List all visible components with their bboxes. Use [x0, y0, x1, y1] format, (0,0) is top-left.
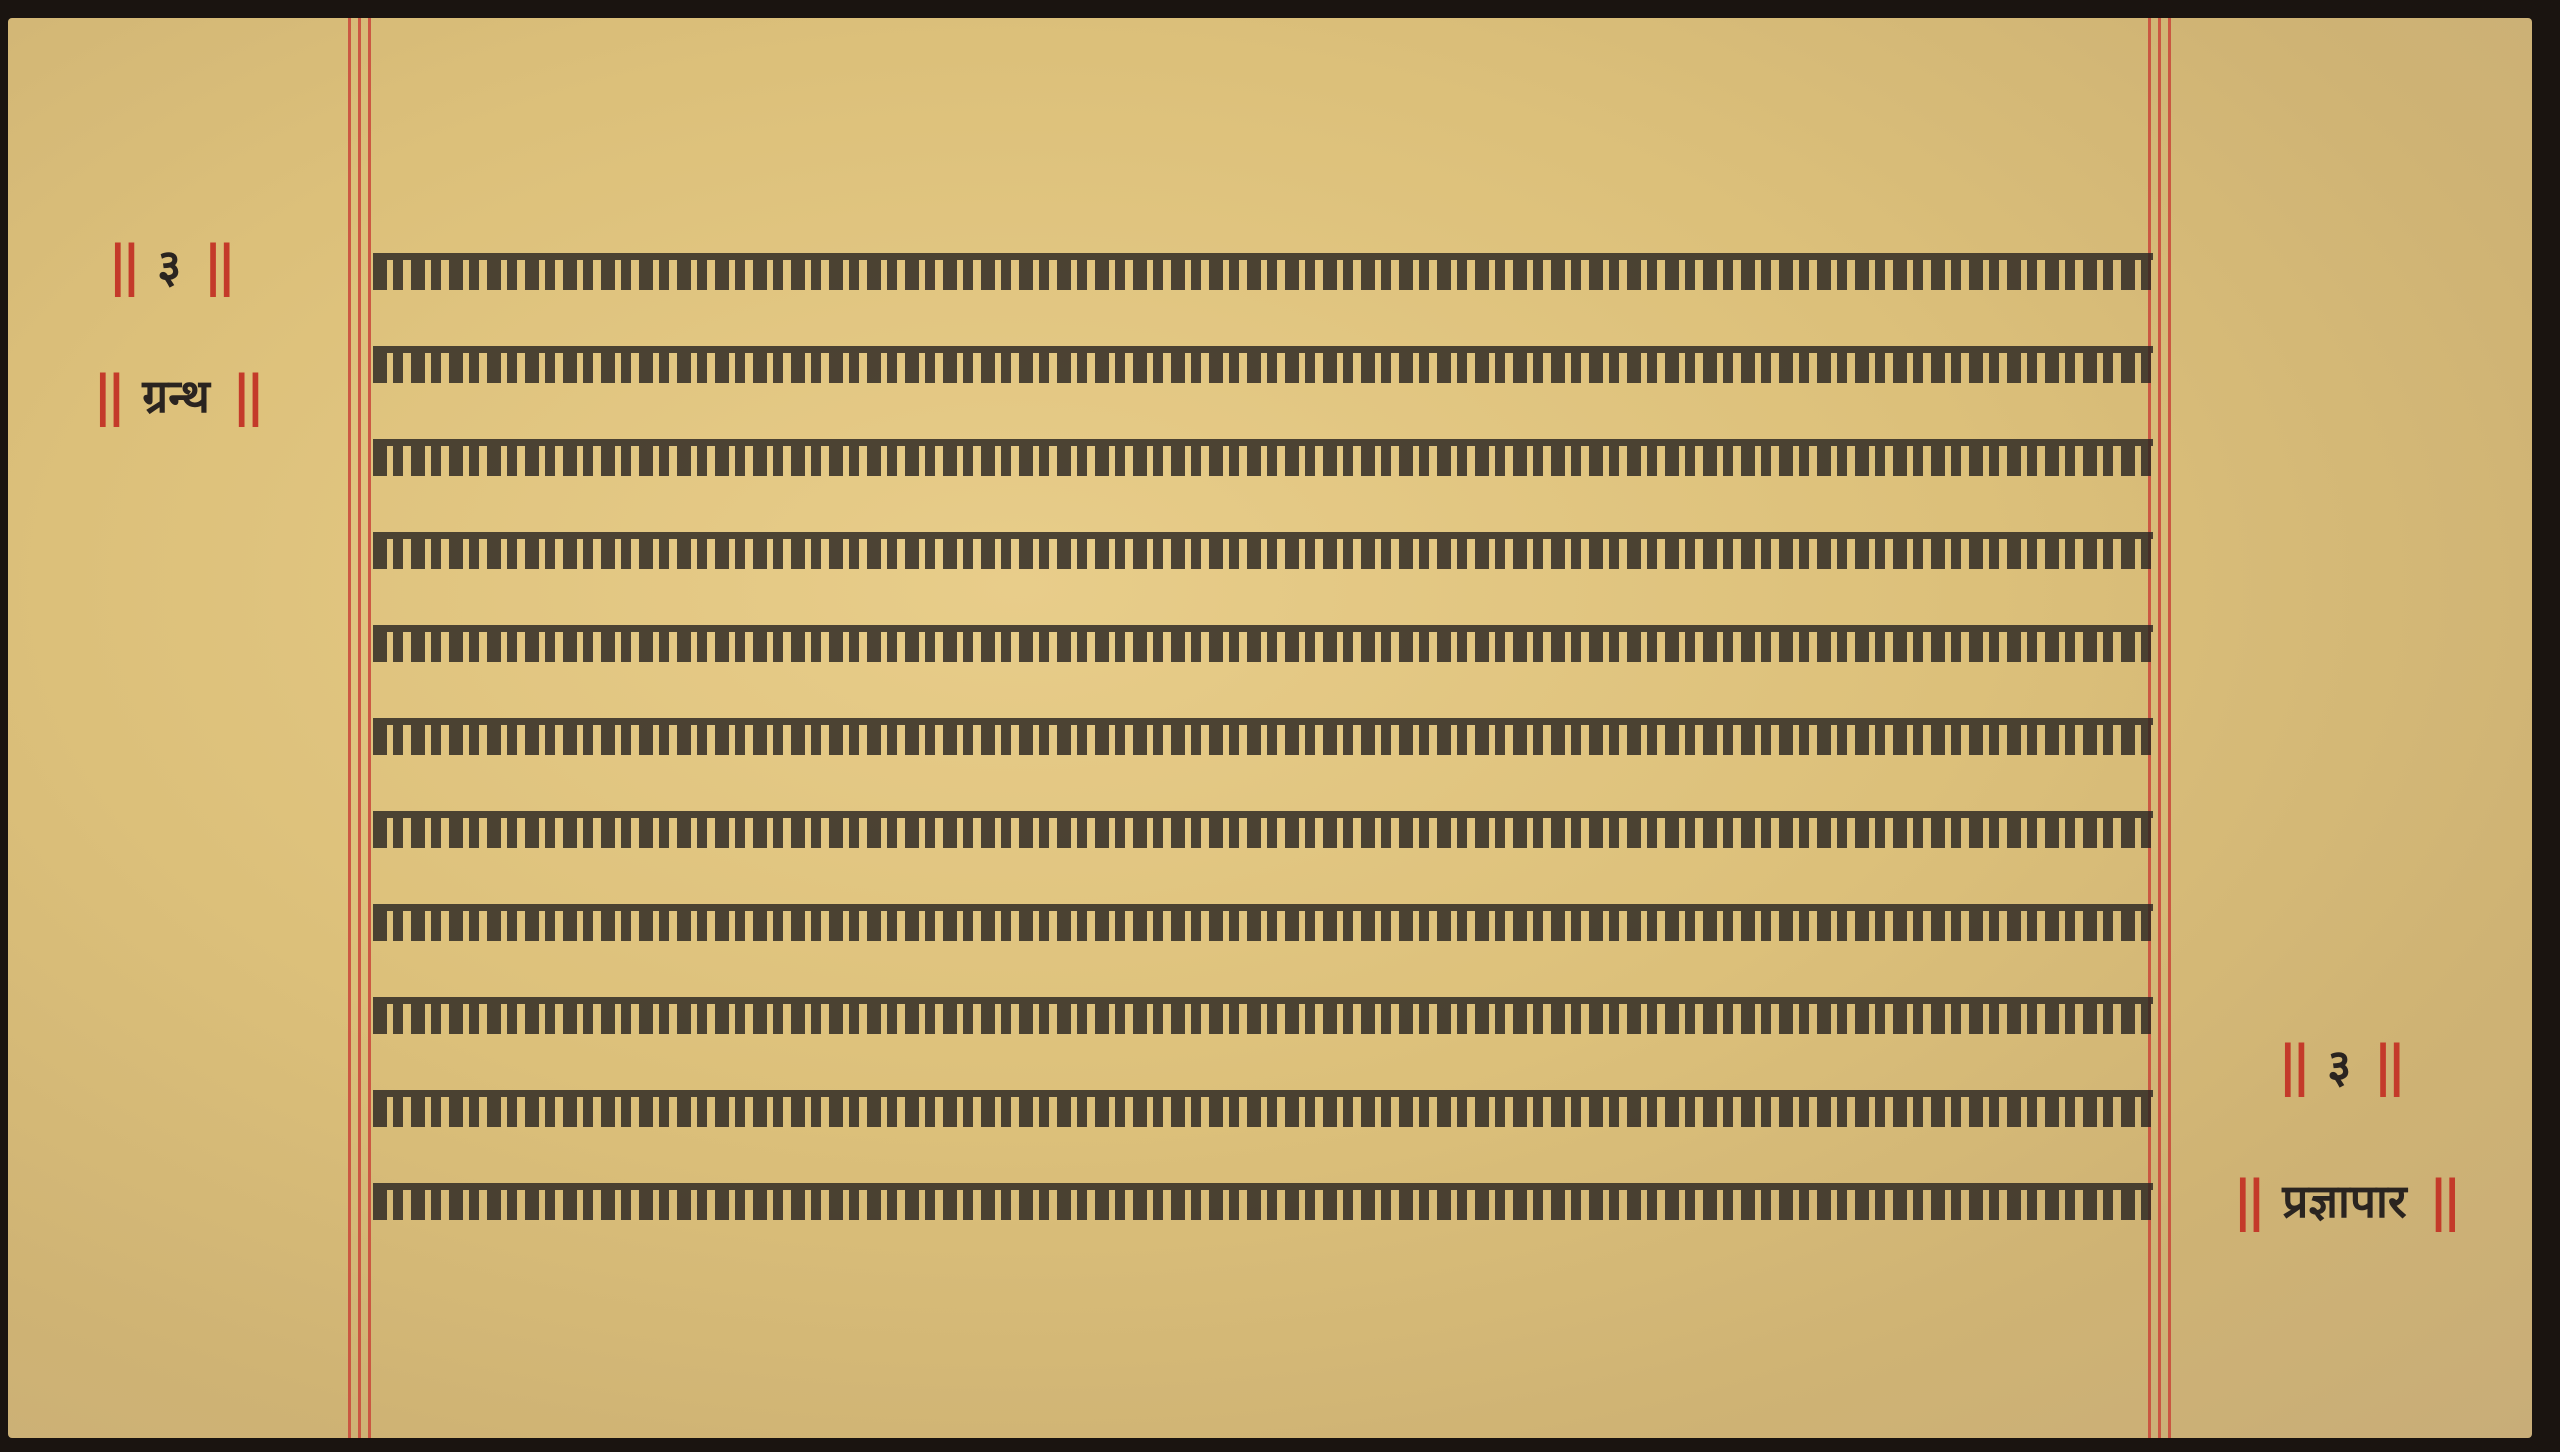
danda-mark: || [108, 233, 135, 297]
left-margin-rule [358, 18, 361, 1438]
right-folio-label: || प्रज्ञापार || [2233, 1168, 2456, 1232]
main-text-block: Line 1 — Ranjana script text Line 2 — Ra… [373, 253, 2153, 1276]
text-line: Line 6 — Ranjana script text [373, 718, 2153, 748]
text-line: Line 5 — Ranjana script text (red danda … [373, 625, 2153, 655]
folio-number-text: ३ [157, 234, 181, 296]
text-line: Line 10 — Ranjana script text (red danda… [373, 1090, 2153, 1120]
text-line: Line 4 — Ranjana script text [373, 532, 2153, 562]
danda-mark: || [2373, 1033, 2400, 1097]
danda-mark: || [2278, 1033, 2305, 1097]
right-folio-number: || ३ || [2278, 1033, 2401, 1097]
danda-mark: || [232, 363, 259, 427]
left-folio-number: || ३ || [108, 233, 231, 297]
manuscript-leaf: || ३ || || ग्रन्थ || || ३ || || प्रज्ञाप… [8, 18, 2532, 1438]
text-line: Line 9 — Ranjana script text [373, 997, 2153, 1027]
folio-label-text: ग्रन्थ [142, 364, 210, 426]
text-line: Line 1 — Ranjana script text [373, 253, 2153, 283]
right-margin-rule [2158, 18, 2161, 1438]
text-line: Line 11 — Ranjana script text [373, 1183, 2153, 1213]
text-line: Line 3 — Ranjana script text (red danda … [373, 439, 2153, 469]
left-folio-label: || ग्रन्थ || [93, 363, 259, 427]
folio-label-text: प्रज्ञापार [2282, 1169, 2406, 1231]
folio-number-text: ३ [2327, 1034, 2351, 1096]
danda-mark: || [203, 233, 230, 297]
danda-mark: || [93, 363, 120, 427]
left-margin-rule [368, 18, 371, 1438]
text-line: Line 8 — Ranjana script text (red danda … [373, 904, 2153, 934]
right-margin-rule [2168, 18, 2171, 1438]
text-line: Line 2 — Ranjana script text [373, 346, 2153, 376]
danda-mark: || [2233, 1168, 2260, 1232]
left-margin-rule [348, 18, 351, 1438]
text-line: Line 7 — Ranjana script text [373, 811, 2153, 841]
danda-mark: || [2429, 1168, 2456, 1232]
